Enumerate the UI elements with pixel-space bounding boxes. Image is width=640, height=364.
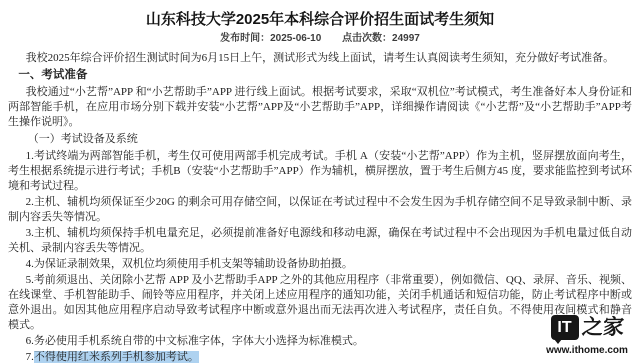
rule-item-4: 4.为保证录制效果，双机位均须使用手机支架等辅助设备协助拍摄。 xyxy=(8,257,632,272)
paragraph-app-setup: 我校通过“小艺帮”APP 和“小艺帮助手”APP 进行线上面试。根据考试要求，采… xyxy=(8,85,632,130)
page-title: 山东科技大学2025年本科综合评价招生面试考生须知 xyxy=(8,10,632,29)
section-heading-exam-prep: 一、考试准备 xyxy=(8,68,632,83)
meta-line: 发布时间：2025-06-10 点击次数：24997 xyxy=(8,33,632,45)
rule-item-3: 3.主机、辅机均须保持手机电量充足，必须提前准备好电源线和移动电源，确保在考试过… xyxy=(8,226,632,256)
highlighted-text: 不得使用红米系列手机参加考试。 xyxy=(34,351,199,363)
click-count: 点击次数：24997 xyxy=(342,33,420,44)
ithome-url: www.ithome.com xyxy=(539,345,635,356)
notice-intro: 我校2025年综合评价招生测试时间为6月15日上午，测试形式为线上面试，请考生认… xyxy=(8,51,632,66)
ithome-watermark: IT 之家 www.ithome.com xyxy=(539,312,635,356)
subsection-heading-devices: （一）考试设备及系统 xyxy=(8,132,632,147)
ithome-it-badge-icon: IT xyxy=(551,315,579,340)
rule-item-1: 1.考试终端为两部智能手机，考生仅可使用两部手机完成考试。手机 A（安装“小艺帮… xyxy=(8,149,632,194)
rule-item-7-number: 7. xyxy=(26,351,34,363)
publish-date: 发布时间：2025-06-10 xyxy=(220,33,321,44)
rule-item-2: 2.主机、辅机均须保证至少20G 的剩余可用存储空间，以保证在考试过程中不会发生… xyxy=(8,195,632,225)
ithome-home-text: 之家 xyxy=(581,314,625,340)
ithome-logo: IT 之家 xyxy=(539,312,635,342)
notice-document: 山东科技大学2025年本科综合评价招生面试考生须知 发布时间：2025-06-1… xyxy=(0,0,640,364)
